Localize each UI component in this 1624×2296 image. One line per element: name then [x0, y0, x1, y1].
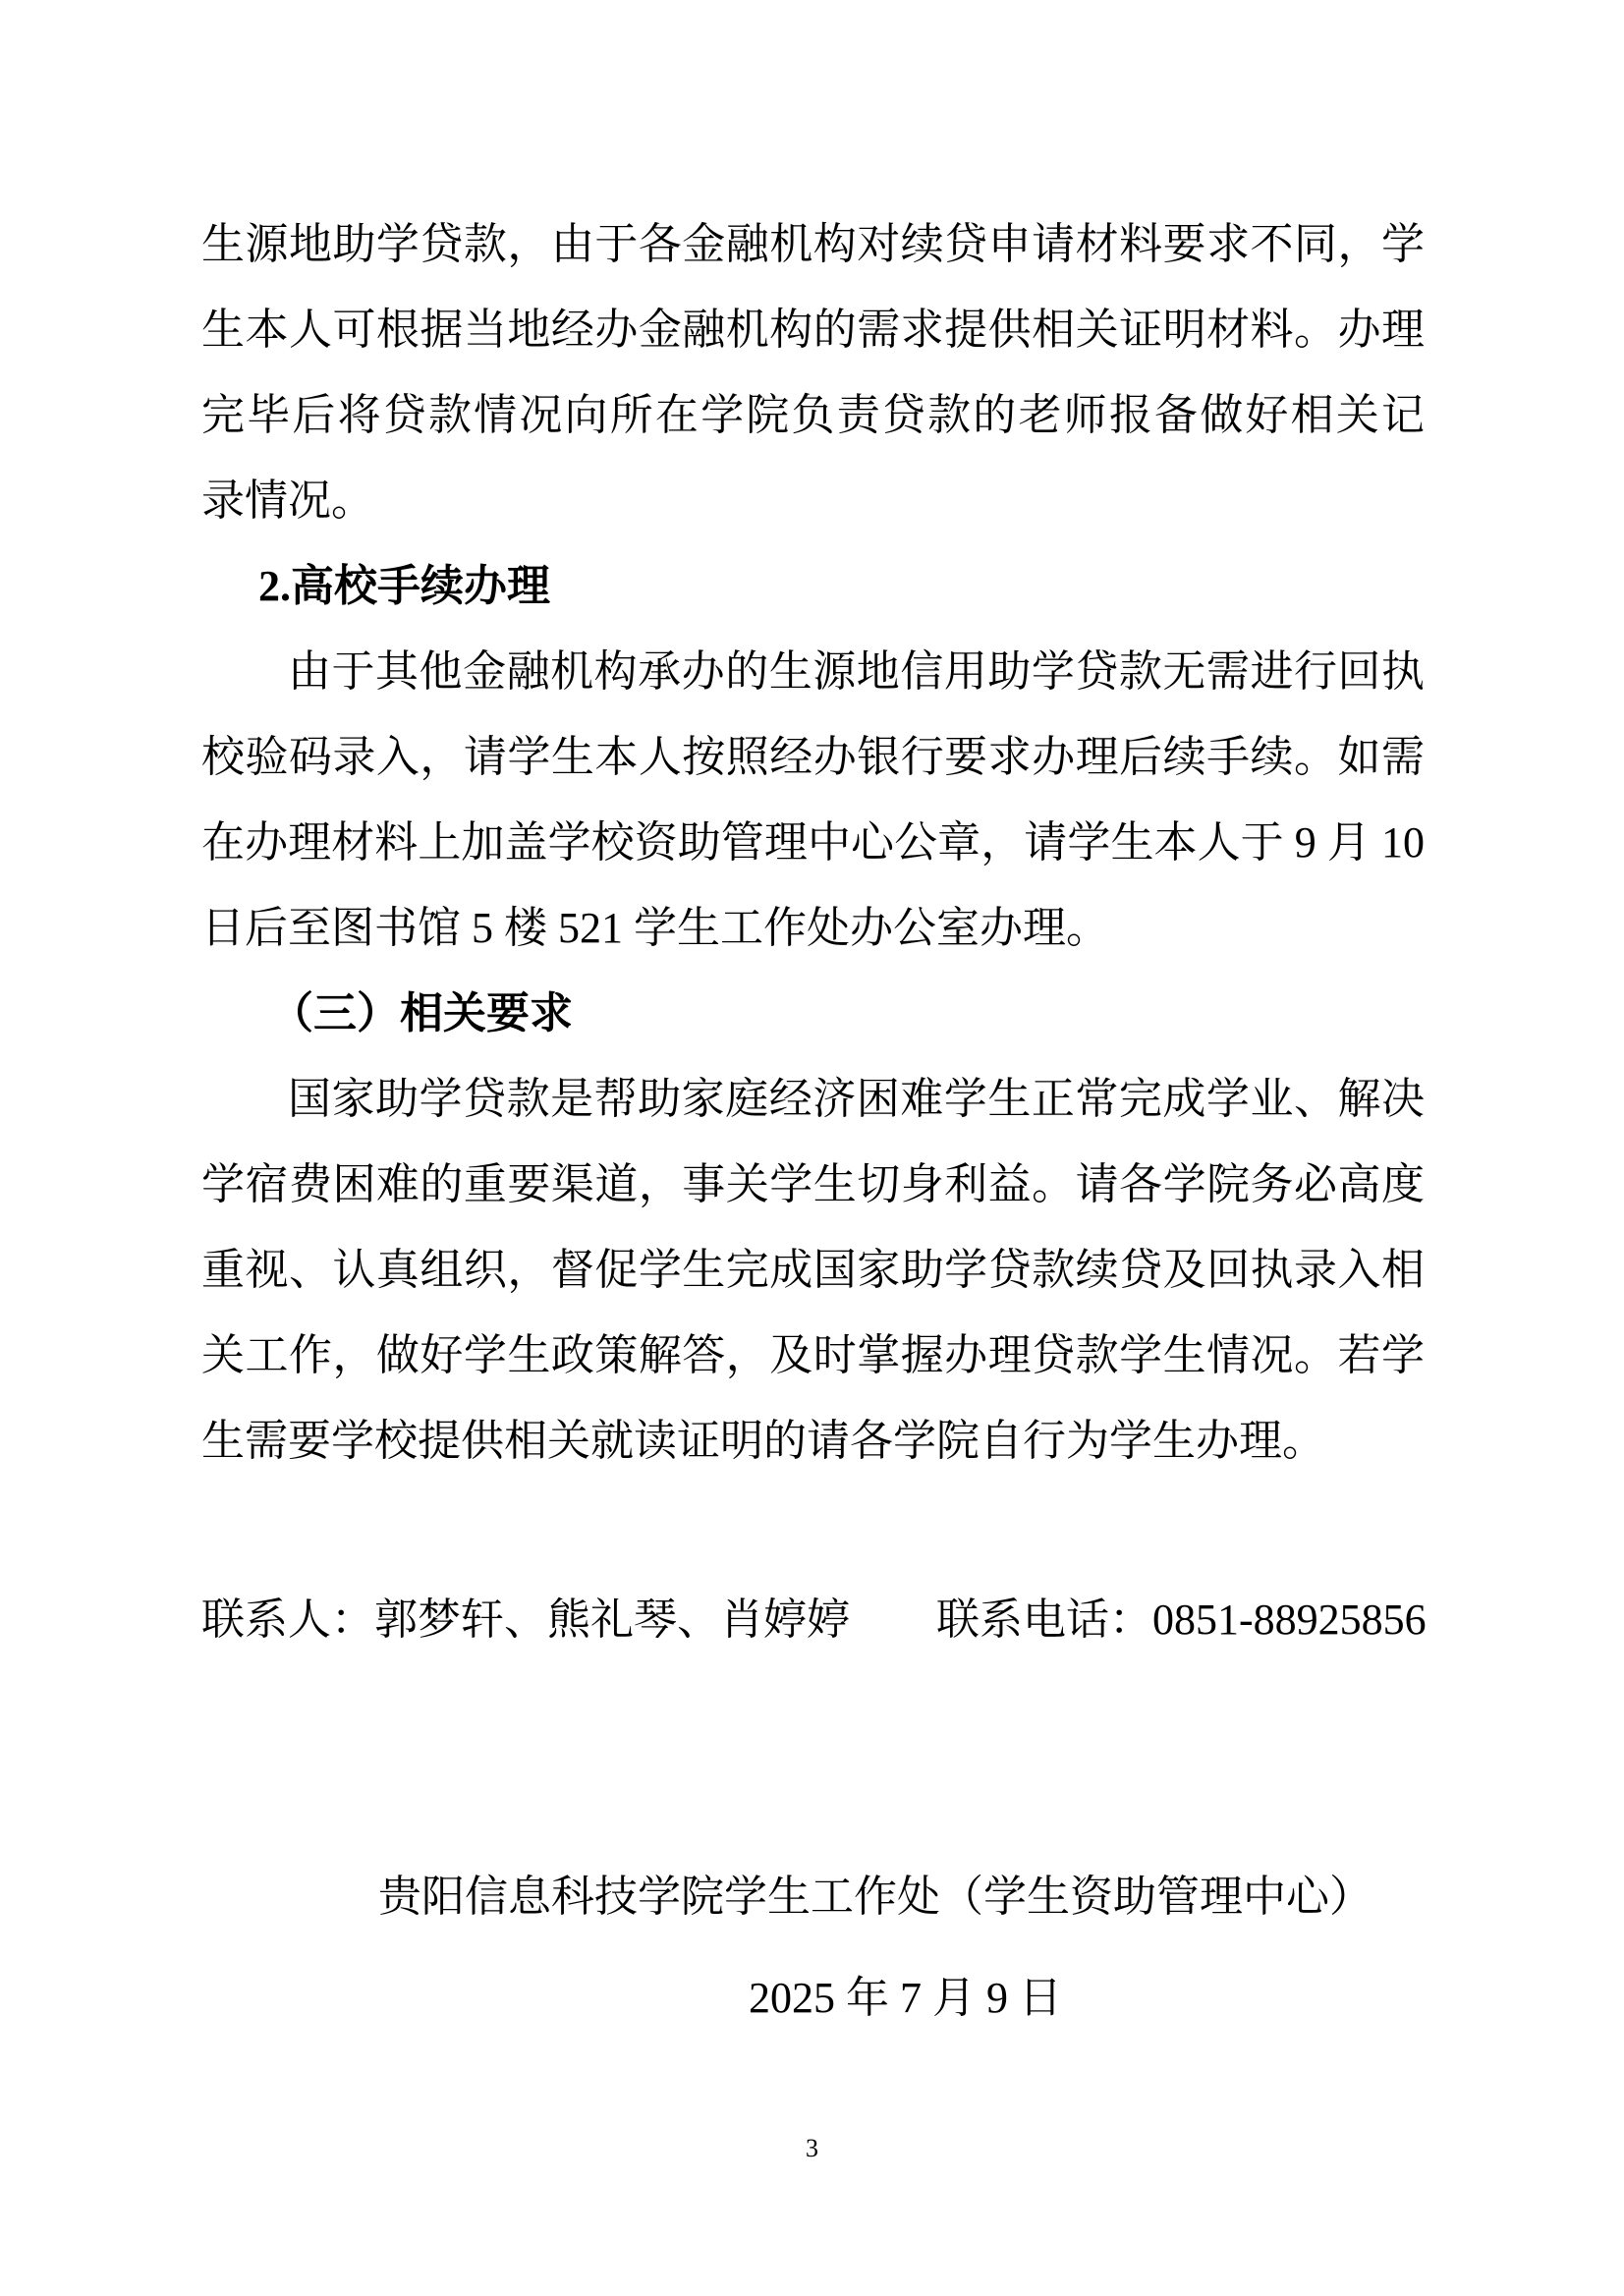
contact-persons: 联系人：郭梦轩、熊礼琴、肖婷婷: [201, 1596, 850, 1644]
section-heading-2: 2.高校手续办理: [201, 543, 1425, 629]
contact-line: 联系人：郭梦轩、熊礼琴、肖婷婷联系电话：0851-88925856: [201, 1577, 1425, 1662]
body-line: 生源地助学贷款，由于各金融机构对续贷申请材料要求不同，学: [201, 201, 1425, 287]
body-line: 学宿费困难的重要渠道，事关学生切身利益。请各学院务必高度: [201, 1142, 1425, 1227]
body-line: 关工作，做好学生政策解答，及时掌握办理贷款学生情况。若学: [201, 1313, 1425, 1398]
body-line: 国家助学贷款是帮助家庭经济困难学生正常完成学业、解决: [201, 1056, 1425, 1142]
body-line: 由于其他金融机构承办的生源地信用助学贷款无需进行回执: [201, 629, 1425, 714]
body-line: 完毕后将贷款情况向所在学院负责贷款的老师报备做好相关记: [201, 372, 1425, 458]
page-number: 3: [0, 2134, 1624, 2163]
body-line: 重视、认真组织，督促学生完成国家助学贷款续贷及回执录入相: [201, 1227, 1425, 1313]
contact-phone: 联系电话：0851-88925856: [936, 1596, 1427, 1644]
body-line: 在办理材料上加盖学校资助管理中心公章，请学生本人于 9 月 10: [201, 800, 1425, 885]
signature-date: 2025 年 7 月 9 日: [749, 1955, 1425, 2041]
body-line: 日后至图书馆 5 楼 521 学生工作处办公室办理。: [201, 885, 1425, 971]
signature-org: 贵阳信息科技学院学生工作处（学生资助管理中心）: [378, 1854, 1425, 1939]
body-line: 生需要学校提供相关就读证明的请各学院自行为学生办理。: [201, 1398, 1425, 1484]
document-page: 生源地助学贷款，由于各金融机构对续贷申请材料要求不同，学 生本人可根据当地经办金…: [0, 0, 1624, 2296]
body-line: 校验码录入，请学生本人按照经办银行要求办理后续手续。如需: [201, 714, 1425, 800]
body-line: 录情况。: [201, 458, 1425, 543]
body-line: 生本人可根据当地经办金融机构的需求提供相关证明材料。办理: [201, 287, 1425, 372]
section-heading-3: （三）相关要求: [201, 971, 1425, 1056]
